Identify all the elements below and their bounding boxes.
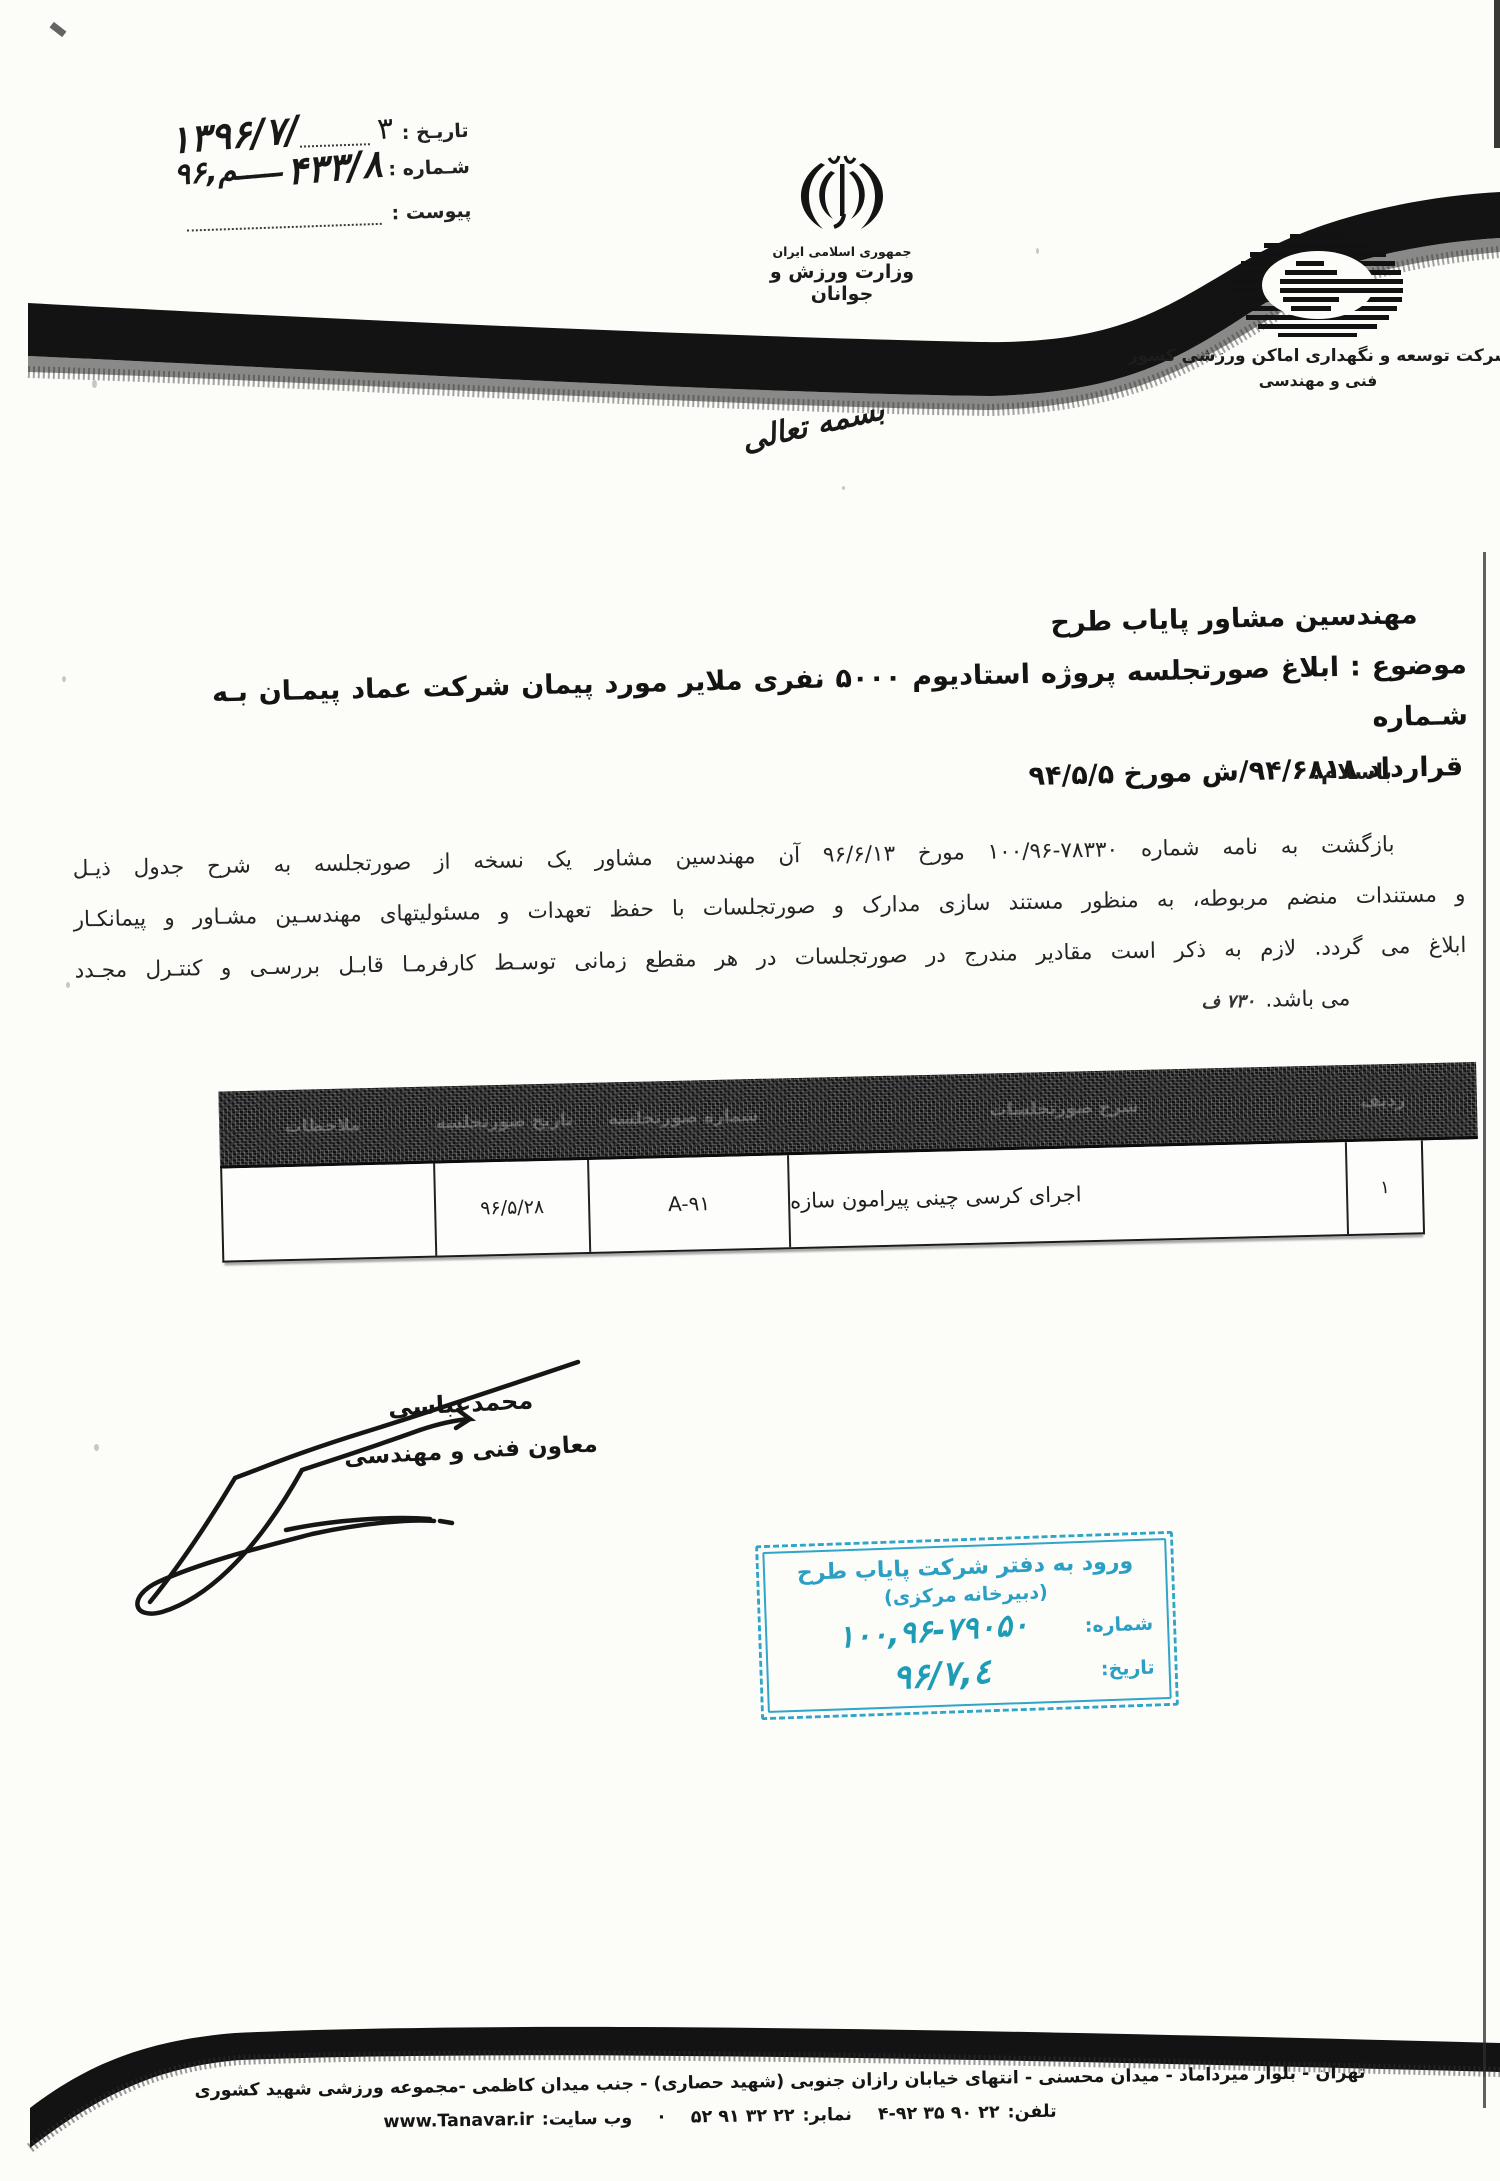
website-url: www.Tanavar.ir (383, 2110, 534, 2132)
emblem-country-text: جمهوری اسلامی ایران (742, 244, 942, 259)
scan-speck (62, 676, 66, 682)
attachment-dots (186, 209, 381, 232)
entry-stamp-inner-border: ورود به دفتر شرکت پایاب طرح (دبیرخانه مر… (762, 1538, 1171, 1713)
scan-artifact-line (1483, 552, 1486, 2108)
iran-emblem-icon (772, 150, 912, 242)
table-header-date: تاریخ صورتجلسه (426, 1110, 582, 1134)
emblem-ministry-text: وزارت ورزش و جوانان (742, 261, 942, 305)
body-line-4-text: می باشد. (1265, 973, 1351, 1026)
number-label: شـماره : (388, 156, 470, 181)
body-margin-note: ۷۳۰ ف (1201, 976, 1256, 1028)
minutes-table: ردیف شرح صورتجلسات شماره صورتجلسه تاریخ … (218, 1062, 1480, 1263)
cell-description: اجرای کرسی چینی پیرامون سازه (787, 1142, 1347, 1247)
cell-row-no: ۱ (1345, 1140, 1423, 1234)
number-value-handwritten: ۴۳۳/۸ (286, 148, 384, 186)
entry-stamp: ورود به دفتر شرکت پایاب طرح (دبیرخانه مر… (755, 1531, 1179, 1720)
footer-phone: تلفن: ۴-۹۲ ۳۵ ۹۰ ۲۲ (878, 2102, 1057, 2125)
scan-artifact-corner (1494, 0, 1500, 148)
scan-speck (94, 1444, 99, 1451)
website-label: وب سایت: (542, 2108, 633, 2129)
stamp-number-label: شماره: (1084, 1613, 1153, 1637)
attachment-label: پیوست : (391, 200, 472, 225)
table-header-remarks: ملاحظات (219, 1114, 426, 1139)
number-row: شـماره : ۴۳۳/۸ ـــــم,۹۶ (109, 148, 470, 191)
signature-scribble (90, 1340, 730, 1670)
cell-remarks (222, 1164, 435, 1261)
number-tail-handwritten: ـــــم,۹۶ (172, 152, 282, 191)
phone-value: ۴-۹۲ ۳۵ ۹۰ ۲۲ (878, 2103, 1000, 2125)
cell-minutes-date: ۹۶/۵/۲۸ (433, 1160, 589, 1256)
reference-block: تاریـخ : ۳ ۱۳۹۶/۷/ شـماره : ۴۳۳/۸ ـــــم… (108, 112, 472, 240)
scanned-letter-page: تاریـخ : ۳ ۱۳۹۶/۷/ شـماره : ۴۳۳/۸ ـــــم… (0, 0, 1500, 2181)
cell-minutes-number: A-۹۱ (587, 1155, 789, 1252)
scan-speck (66, 982, 70, 988)
ministry-header: جمهوری اسلامی ایران وزارت ورزش و جوانان (742, 150, 942, 305)
letter-heading: مهندسین مشاور پایاب طرح موضوع : ابلاغ صو… (210, 588, 1469, 820)
company-header: شرکت توسعه و نگهداری اماکن ورزشی کشور فن… (1128, 228, 1500, 390)
date-label: تاریـخ : (401, 120, 468, 144)
table-header-number: شماره صورتجلسه (582, 1105, 784, 1130)
scan-speck (842, 486, 845, 490)
fax-value: ۵۲ ۹۱ ۳۲ ۲۲ (691, 2106, 795, 2128)
attachment-row: پیوست : (111, 200, 472, 235)
footer-separator-dot: · (658, 2108, 665, 2128)
table-header-spacer (1422, 1099, 1477, 1100)
fax-label: نمابر: (802, 2105, 852, 2126)
footer-fax: نمابر: ۵۲ ۹۱ ۳۲ ۲۲ (691, 2105, 852, 2128)
company-division-text: فنی و مهندسی (1128, 372, 1500, 390)
table-header-row-no: ردیف (1344, 1090, 1422, 1112)
table-header-description: شرح صورتجلسات (784, 1092, 1344, 1125)
phone-label: تلفن: (1007, 2102, 1056, 2123)
scan-speck (1036, 248, 1039, 254)
letter-body: بازگشت به نامه شماره ۷۸۳۳۰-۱۰۰/۹۶ مورخ ۹… (72, 818, 1468, 1048)
stamp-date-label: تاریخ: (1101, 1656, 1155, 1680)
tanavar-logo-icon (1226, 228, 1410, 342)
salutation-text: باسلام؛ (1312, 760, 1392, 785)
scan-speck (92, 380, 97, 388)
date-value-handwritten: ۱۳۹۶/۷/ (169, 114, 301, 155)
company-name-text: شرکت توسعه و نگهداری اماکن ورزشی کشور (1128, 346, 1500, 366)
footer-website: وب سایت: www.Tanavar.ir (383, 2108, 632, 2132)
